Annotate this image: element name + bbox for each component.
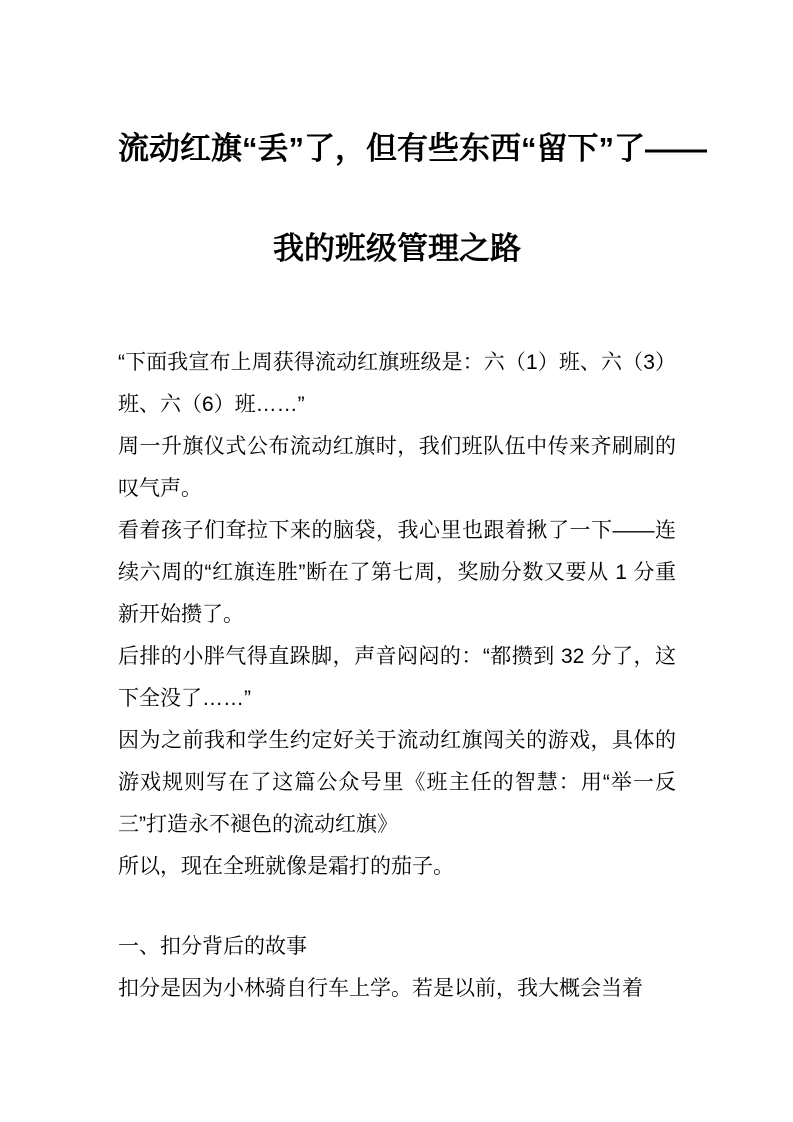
paragraph-game-rules: 因为之前我和学生约定好关于流动红旗闯关的游戏，具体的游戏规则写在了这篇公众号里《… <box>118 720 676 846</box>
document-page: 流动红旗“丢”了，但有些东西“留下”了—— 我的班级管理之路 “下面我宣布上周获… <box>0 0 793 1122</box>
document-title: 流动红旗“丢”了，但有些东西“留下”了—— 我的班级管理之路 <box>118 99 676 299</box>
document-title-line-2: 我的班级管理之路 <box>118 199 676 299</box>
paragraph-announcement: “下面我宣布上周获得流动红旗班级是：六（1）班、六（3）班、六（6）班……” <box>118 342 676 426</box>
section-heading-deduction-story: 一、扣分背后的故事 <box>118 926 676 968</box>
document-content: 流动红旗“丢”了，但有些东西“留下”了—— 我的班级管理之路 “下面我宣布上周获… <box>118 99 676 1010</box>
paragraph-flag-ceremony: 周一升旗仪式公布流动红旗时，我们班队伍中传来齐刷刷的叹气声。 <box>118 426 676 510</box>
document-title-line-1: 流动红旗“丢”了，但有些东西“留下”了—— <box>118 99 676 199</box>
paragraph-deduction-reason: 扣分是因为小林骑自行车上学。若是以前，我大概会当着 <box>118 968 676 1010</box>
paragraph-streak-broken: 看着孩子们耷拉下来的脑袋，我心里也跟着揪了一下——连续六周的“红旗连胜”断在了第… <box>118 510 676 636</box>
paragraph-xiaopang-quote: 后排的小胖气得直跺脚，声音闷闷的：“都攒到 32 分了，这下全没了……” <box>118 636 676 720</box>
document-body: “下面我宣布上周获得流动红旗班级是：六（1）班、六（3）班、六（6）班……” 周… <box>118 342 676 1010</box>
paragraph-class-mood: 所以，现在全班就像是霜打的茄子。 <box>118 846 676 888</box>
